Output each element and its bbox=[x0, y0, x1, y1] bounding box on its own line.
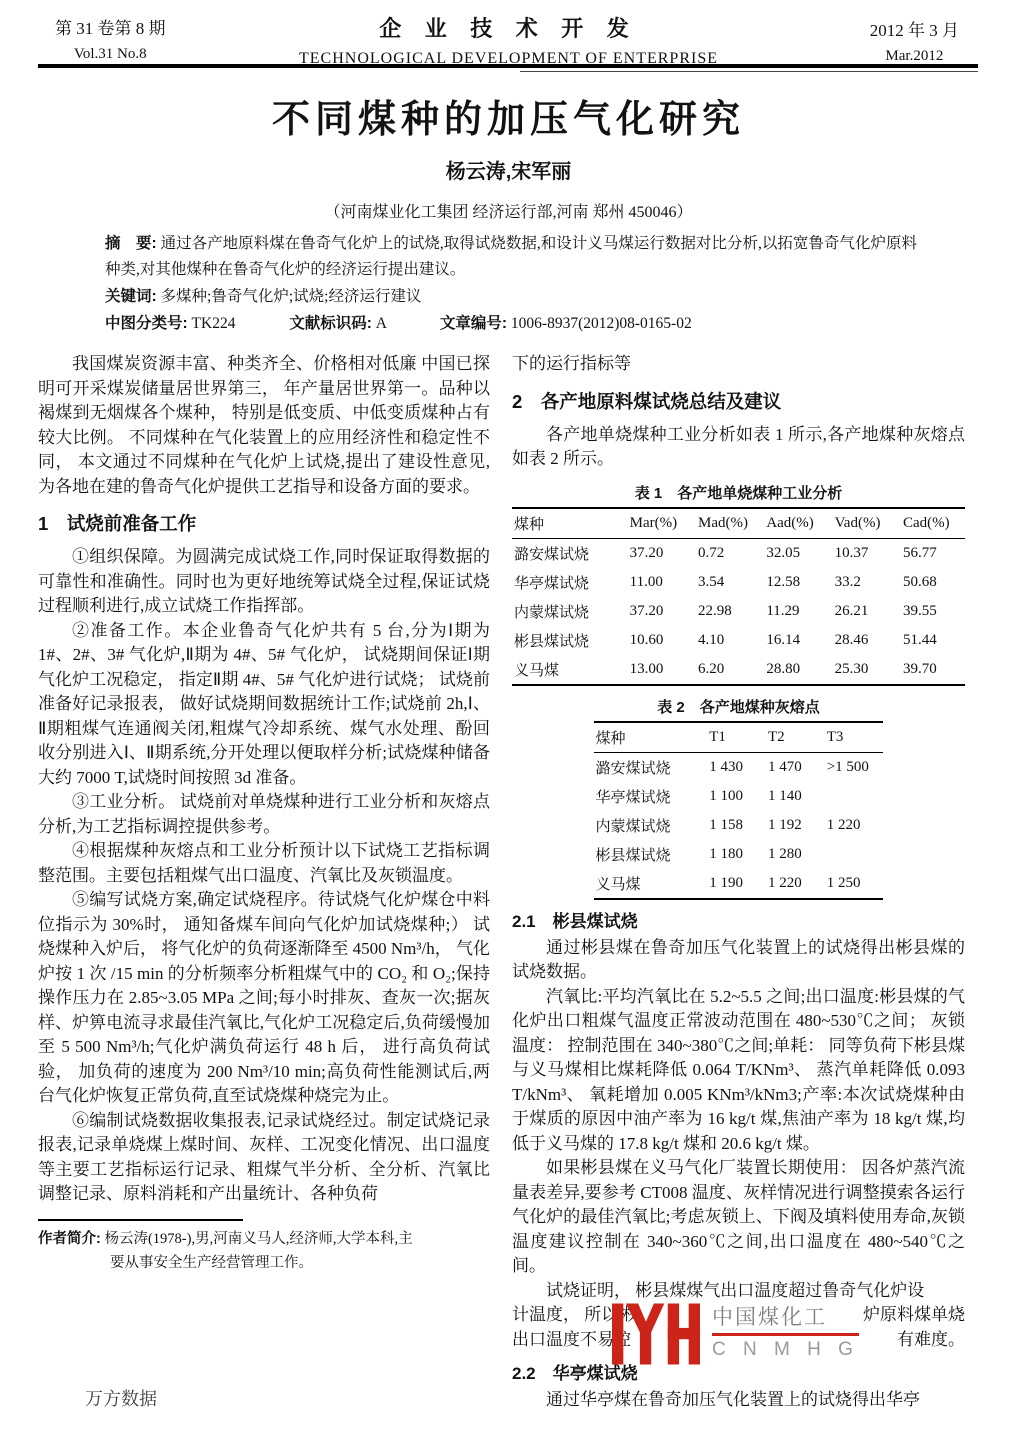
table-2: 煤种 T1 T2 T3 潞安煤试烧 1 430 1 470 >1 500 华亭煤… bbox=[594, 721, 884, 900]
paragraph: ⑥编制试烧数据收集报表,记录试烧经过。制定试烧记录报表,记录单烧煤上煤时间、灰样… bbox=[38, 1109, 490, 1207]
paragraph: ④根据煤种灰熔点和工业分析预计以下试烧工艺指标调整范围。主要包括粗煤气出口温度、… bbox=[38, 839, 490, 888]
footnote-label: 作者简介: bbox=[38, 1231, 101, 1247]
table-cell: 13.00 bbox=[628, 655, 696, 685]
paragraph: ①组织保障。为圆满完成试烧工作,同时保证取得数据的可靠性和准确性。同时也为更好地… bbox=[38, 545, 490, 619]
table-header-row: 煤种 T1 T2 T3 bbox=[594, 722, 884, 753]
table-cell: 33.2 bbox=[833, 568, 901, 597]
abstract-text: 通过各产地原料煤在鲁奇气化炉上的试烧,取得试烧数据,和设计义马煤运行数据对比分析… bbox=[105, 235, 917, 278]
article-id-label: 文章编号: bbox=[440, 315, 507, 332]
table-cell: 华亭煤试烧 bbox=[594, 782, 708, 811]
table-header-row: 煤种 Mar(%) Mad(%) Aad(%) Vad(%) Cad(%) bbox=[512, 508, 965, 539]
table-cell: 12.58 bbox=[764, 568, 832, 597]
continuation-line: 下的运行指标等 bbox=[512, 352, 965, 377]
table-row: 彬县煤试烧 1 180 1 280 bbox=[594, 840, 884, 869]
col-header: T3 bbox=[825, 722, 884, 753]
table-row: 彬县煤试烧 10.60 4.10 16.14 28.46 51.44 bbox=[512, 626, 965, 655]
table-row: 华亭煤试烧 11.00 3.54 12.58 33.2 50.68 bbox=[512, 568, 965, 597]
table-cell: 1 250 bbox=[825, 869, 884, 899]
table-cell: 16.14 bbox=[764, 626, 832, 655]
paragraph: ③工业分析。 试烧前对单烧煤种进行工业分析和灰熔点分析,为工艺指标调控提供参考。 bbox=[38, 790, 490, 839]
table-cell: 义马煤 bbox=[594, 869, 708, 899]
table-cell: 1 280 bbox=[766, 840, 825, 869]
watermark-cn-text: 中国煤化工 bbox=[712, 1301, 859, 1336]
paragraph: ②准备工作。本企业鲁奇气化炉共有 5 台,分为Ⅰ期为 1#、2#、3# 气化炉,… bbox=[38, 619, 490, 791]
section-1-heading: 1 试烧前准备工作 bbox=[38, 510, 490, 536]
paragraph: ⑤编写试烧方案,确定试烧程序。待试烧气化炉煤仓中料位指示为 30%时， 通知备煤… bbox=[38, 888, 490, 1109]
table-cell: 39.55 bbox=[901, 597, 965, 626]
journal-name-cn: 企 业 技 术 开 发 bbox=[0, 12, 1017, 43]
footnote-line2: 要从事安全生产经营管理工作。 bbox=[38, 1251, 490, 1275]
col-header: Cad(%) bbox=[901, 508, 965, 539]
clc-value: TK224 bbox=[192, 315, 236, 332]
paragraph: 各产地单烧煤种工业分析如表 1 所示,各产地煤种灰熔点如表 2 所示。 bbox=[512, 423, 965, 472]
col-header: 煤种 bbox=[512, 508, 628, 539]
col-header: Aad(%) bbox=[764, 508, 832, 539]
table-row: 内蒙煤试烧 1 158 1 192 1 220 bbox=[594, 811, 884, 840]
table-cell: 1 220 bbox=[825, 811, 884, 840]
journal-name-block: 企 业 技 术 开 发 TECHNOLOGICAL DEVELOPMENT OF… bbox=[0, 12, 1017, 68]
table-cell: 1 180 bbox=[707, 840, 766, 869]
table-cell: >1 500 bbox=[825, 752, 884, 782]
table-cell: 10.60 bbox=[628, 626, 696, 655]
table-cell: 1 220 bbox=[766, 869, 825, 899]
paragraph: 如果彬县煤在义马气化厂装置长期使用： 因各炉蒸汽流量表差异,要参考 CT008 … bbox=[512, 1156, 965, 1279]
table-cell: 1 470 bbox=[766, 752, 825, 782]
table-cell: 10.37 bbox=[833, 538, 901, 568]
table-cell: 28.80 bbox=[764, 655, 832, 685]
table-cell: 内蒙煤试烧 bbox=[512, 597, 628, 626]
table-row: 潞安煤试烧 1 430 1 470 >1 500 bbox=[594, 752, 884, 782]
doc-code-label: 文献标识码: bbox=[289, 315, 372, 332]
journal-date-cn: 2012 年 3 月 bbox=[870, 16, 959, 41]
occluded-paragraph: 试烧证明， 彬县煤煤气出口温度超过鲁奇气化炉设 计温度， 所以彬 炉原料煤单烧 … bbox=[512, 1279, 965, 1353]
occluded-line-2-right: 炉原料煤单烧 bbox=[863, 1303, 965, 1328]
table-cell: 1 190 bbox=[707, 869, 766, 899]
table-cell: 潞安煤试烧 bbox=[512, 538, 628, 568]
col-header: Mad(%) bbox=[696, 508, 764, 539]
table-cell: 4.10 bbox=[696, 626, 764, 655]
footnote-rule bbox=[38, 1219, 243, 1221]
occluded-line-1: 试烧证明， 彬县煤煤气出口温度超过鲁奇气化炉设 bbox=[512, 1279, 965, 1304]
section-2-heading: 2 各产地原料煤试烧总结及建议 bbox=[512, 388, 965, 414]
table-cell bbox=[825, 840, 884, 869]
table-cell: 0.72 bbox=[696, 538, 764, 568]
col-header: Vad(%) bbox=[833, 508, 901, 539]
footnote-line1: 作者简介: 杨云涛(1978-),男,河南义马人,经济师,大学本科,主 bbox=[38, 1227, 490, 1251]
table-cell: 1 192 bbox=[766, 811, 825, 840]
cnmhg-watermark: 中国煤化工 C N M H G bbox=[612, 1301, 859, 1372]
table-cell: 1 140 bbox=[766, 782, 825, 811]
footnote-text1: 杨云涛(1978-),男,河南义马人,经济师,大学本科,主 bbox=[104, 1231, 412, 1247]
article-id-value: 1006-8937(2012)08-0165-02 bbox=[511, 315, 692, 332]
header-rule bbox=[38, 64, 978, 68]
table-cell: 11.00 bbox=[628, 568, 696, 597]
intro-paragraph: 我国煤炭资源丰富、种类齐全、价格相对低廉 中国已探明可开采煤炭储量居世界第三， … bbox=[38, 352, 490, 499]
table-row: 潞安煤试烧 37.20 0.72 32.05 10.37 56.77 bbox=[512, 538, 965, 568]
table-cell: 内蒙煤试烧 bbox=[594, 811, 708, 840]
table-cell: 1 158 bbox=[707, 811, 766, 840]
page-title: 不同煤种的加压气化研究 bbox=[0, 88, 1017, 143]
watermark-text-block: 中国煤化工 C N M H G bbox=[712, 1301, 859, 1361]
table-cell: 32.05 bbox=[764, 538, 832, 568]
keywords-label: 关键词: bbox=[105, 288, 157, 305]
table-row: 义马煤 1 190 1 220 1 250 bbox=[594, 869, 884, 899]
col-header: T2 bbox=[766, 722, 825, 753]
table-2-caption: 表 2 各产地煤种灰熔点 bbox=[512, 696, 965, 717]
table-cell: 潞安煤试烧 bbox=[594, 752, 708, 782]
keywords-text: 多煤种;鲁奇气化炉;试烧;经济运行建议 bbox=[161, 288, 422, 305]
table-cell: 义马煤 bbox=[512, 655, 628, 685]
occluded-line-3-right: 有难度。 bbox=[897, 1328, 965, 1353]
table-cell: 56.77 bbox=[901, 538, 965, 568]
table-cell: 22.98 bbox=[696, 597, 764, 626]
table-row: 义马煤 13.00 6.20 28.80 25.30 39.70 bbox=[512, 655, 965, 685]
table-cell: 3.54 bbox=[696, 568, 764, 597]
table-cell: 华亭煤试烧 bbox=[512, 568, 628, 597]
table-cell bbox=[825, 782, 884, 811]
journal-date-en: Mar.2012 bbox=[870, 48, 959, 65]
table-row: 内蒙煤试烧 37.20 22.98 11.29 26.21 39.55 bbox=[512, 597, 965, 626]
watermark-en-text: C N M H G bbox=[712, 1339, 859, 1361]
header-rule-thin bbox=[520, 71, 978, 72]
clc-line: 中图分类号: TK224 文献标识码: A 文章编号: 1006-8937(20… bbox=[105, 311, 917, 337]
right-column: 下的运行指标等 2 各产地原料煤试烧总结及建议 各产地单烧煤种工业分析如表 1 … bbox=[512, 352, 965, 1413]
left-column: 我国煤炭资源丰富、种类齐全、价格相对低廉 中国已探明可开采煤炭储量居世界第三， … bbox=[38, 352, 490, 1275]
section-2-1-heading: 2.1 彬县煤试烧 bbox=[512, 907, 965, 932]
table-1-caption: 表 1 各产地单烧煤种工业分析 bbox=[512, 482, 965, 503]
table-cell: 1 100 bbox=[707, 782, 766, 811]
table-row: 华亭煤试烧 1 100 1 140 bbox=[594, 782, 884, 811]
table-cell: 1 430 bbox=[707, 752, 766, 782]
table-cell: 50.68 bbox=[901, 568, 965, 597]
table-cell: 37.20 bbox=[628, 597, 696, 626]
paragraph: 汽氧比:平均汽氧比在 5.2~5.5 之间;出口温度:彬县煤的气化炉出口粗煤气温… bbox=[512, 985, 965, 1157]
table-cell: 28.46 bbox=[833, 626, 901, 655]
table-cell: 51.44 bbox=[901, 626, 965, 655]
clc-label: 中图分类号: bbox=[105, 315, 188, 332]
table-cell: 11.29 bbox=[764, 597, 832, 626]
paragraph: 通过华亭煤在鲁奇加压气化装置上的试烧得出华亭 bbox=[512, 1388, 965, 1413]
abstract: 摘 要: 通过各产地原料煤在鲁奇气化炉上的试烧,取得试烧数据,和设计义马煤运行数… bbox=[105, 231, 917, 283]
keywords: 关键词: 多煤种;鲁奇气化炉;试烧;经济运行建议 bbox=[105, 284, 917, 310]
wanfang-data-brand: 万方数据 bbox=[85, 1385, 157, 1411]
article-meta: 摘 要: 通过各产地原料煤在鲁奇气化炉上的试烧,取得试烧数据,和设计义马煤运行数… bbox=[105, 231, 917, 337]
col-header: Mar(%) bbox=[628, 508, 696, 539]
table-cell: 39.70 bbox=[901, 655, 965, 685]
table-cell: 彬县煤试烧 bbox=[512, 626, 628, 655]
table-cell: 26.21 bbox=[833, 597, 901, 626]
paragraph: 通过彬县煤在鲁奇加压气化装置上的试烧得出彬县煤的试烧数据。 bbox=[512, 936, 965, 985]
cnmhg-logo-icon bbox=[612, 1301, 700, 1372]
table-1: 煤种 Mar(%) Mad(%) Aad(%) Vad(%) Cad(%) 潞安… bbox=[512, 507, 965, 686]
table-cell: 37.20 bbox=[628, 538, 696, 568]
affiliation: （河南煤业化工集团 经济运行部,河南 郑州 450046） bbox=[0, 199, 1017, 222]
authors: 杨云涛,宋军丽 bbox=[0, 155, 1017, 184]
author-bio-footnote: 作者简介: 杨云涛(1978-),男,河南义马人,经济师,大学本科,主 要从事安… bbox=[38, 1227, 490, 1275]
col-header: T1 bbox=[707, 722, 766, 753]
table-cell: 25.30 bbox=[833, 655, 901, 685]
abstract-label: 摘 要: bbox=[105, 235, 157, 252]
col-header: 煤种 bbox=[594, 722, 708, 753]
journal-date-block: 2012 年 3 月 Mar.2012 bbox=[870, 16, 959, 65]
table-cell: 彬县煤试烧 bbox=[594, 840, 708, 869]
table-cell: 6.20 bbox=[696, 655, 764, 685]
doc-code-value: A bbox=[376, 315, 386, 332]
